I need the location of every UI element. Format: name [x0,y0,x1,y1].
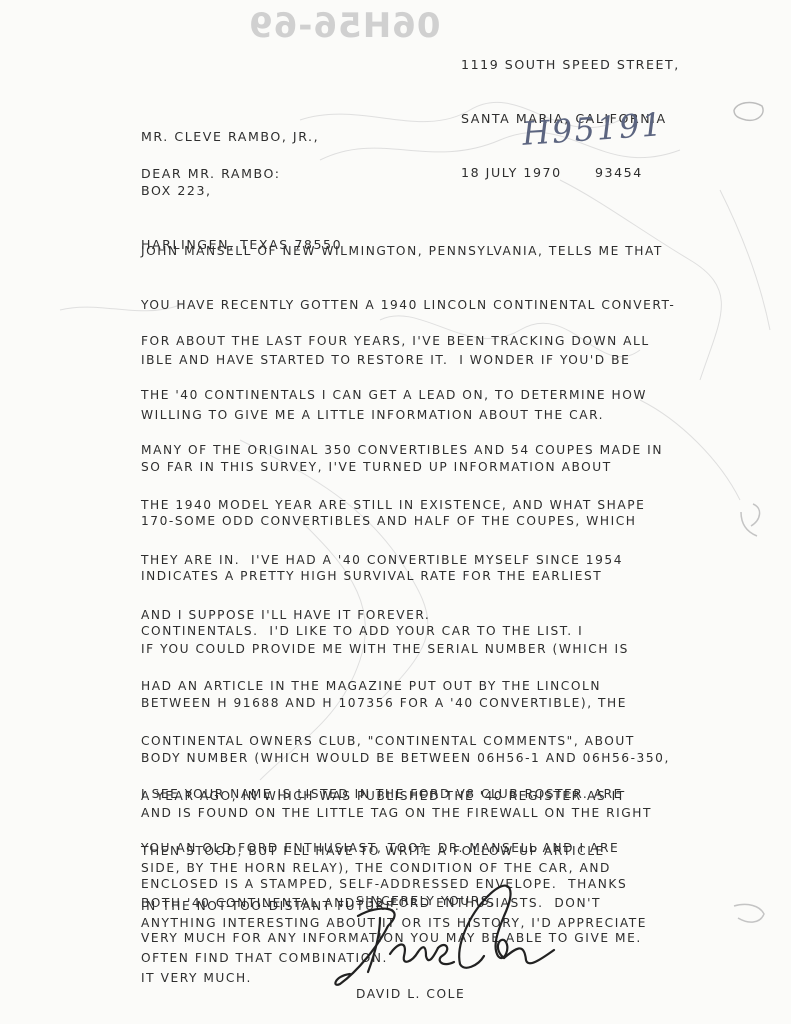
sender-date-line: 18 July 1970 93454 [461,164,680,182]
paragraph-line: So far in this survey, I've turned up in… [141,458,637,476]
salutation: Dear Mr. Rambo: [141,165,281,183]
letter-page: 06H56-69 1119 South Speed Street, Santa … [0,0,791,1024]
paragraph-line: the '40 Continentals I can get a lead on… [141,386,663,404]
paragraph-line: John Mansell of New Wilmington, Pennsylv… [141,242,675,260]
recipient-address-line: Mr. Cleve Rambo, Jr., [141,128,342,146]
paragraph-line: If you could provide me with the serial … [141,640,670,658]
stamped-body-number: 06H56-69 [248,6,441,46]
paragraph-line: 170-some odd convertibles and half of th… [141,512,637,530]
recipient-address-line: Box 223, [141,182,342,200]
paragraph-line: indicates a pretty high survival rate fo… [141,567,637,585]
paragraph-line: I see your name is listed in the Ford V8… [141,785,623,803]
punch-hole-mark-bottom [730,898,770,928]
handwritten-signature [328,876,568,986]
paragraph-line: For about the last four years, I've been… [141,332,663,350]
paragraph-line: between H 91688 and H 107356 for a '40 c… [141,694,670,712]
sender-address-line: 1119 South Speed Street, [461,56,680,74]
punch-hole-mark-top [728,96,768,126]
signer-name: David L. Cole [356,985,465,1003]
punch-hole-mark-middle [735,500,767,540]
